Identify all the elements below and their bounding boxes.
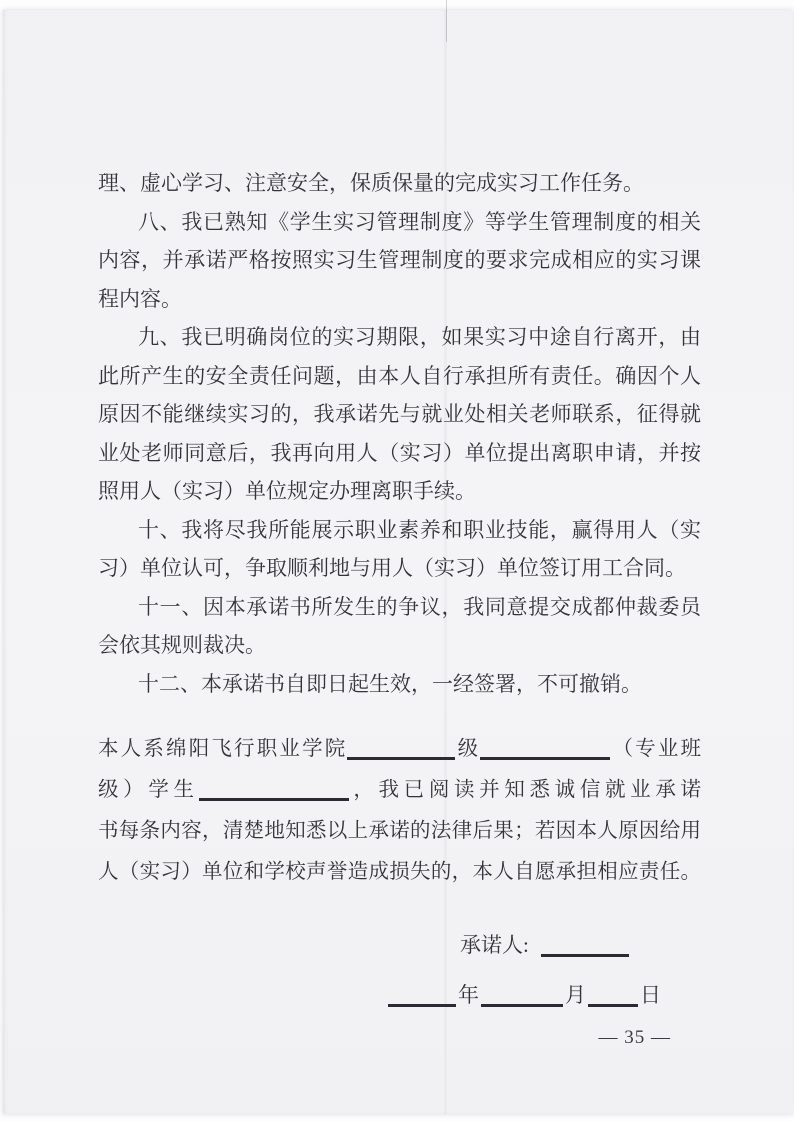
promisor-signature-blank bbox=[541, 953, 629, 957]
declaration-text: 书每条内容，清楚地知悉以上承诺的法律后果；若因本人原因给用 bbox=[98, 820, 701, 842]
promisor-label: 承诺人: bbox=[460, 933, 529, 957]
year-label: 年 bbox=[458, 983, 479, 1007]
month-label: 月 bbox=[565, 983, 586, 1007]
declaration-line-3: 书每条内容，清楚地知悉以上承诺的法律后果；若因本人原因给用 bbox=[98, 811, 701, 852]
declaration-text: 本人系绵阳飞行职业学院 bbox=[98, 738, 347, 760]
day-label: 日 bbox=[640, 983, 661, 1007]
commitment-clauses: 理、虚心学习、注意安全，保质保量的完成实习工作任务。八、我已熟知《学生实习管理制… bbox=[98, 164, 701, 703]
declaration-line-1: 本人系绵阳飞行职业学院级（专业班 bbox=[98, 729, 701, 770]
page-content: 理、虚心学习、注意安全，保质保量的完成实习工作任务。八、我已熟知《学生实习管理制… bbox=[3, 10, 793, 1114]
clause-paragraph-1: 理、虚心学习、注意安全，保质保量的完成实习工作任务。 bbox=[98, 164, 701, 203]
clause-paragraph-3: 九、我已明确岗位的实习期限，如果实习中途自行离开，由此所产生的安全责任问题，由本… bbox=[98, 318, 701, 511]
declaration-text: ，我已阅读并知悉诚信就业承诺 bbox=[349, 779, 701, 801]
student-name-blank bbox=[199, 797, 349, 801]
page-number: — 35 — bbox=[98, 1027, 701, 1049]
page-number-text: — 35 — bbox=[599, 1027, 672, 1048]
signature-block: 承诺人: 年月日 bbox=[98, 925, 701, 1015]
clause-paragraph-5: 十一、因本承诺书所发生的争议，我同意提交成都仲裁委员会依其规则裁决。 bbox=[98, 588, 701, 665]
day-blank bbox=[588, 1003, 638, 1007]
declaration-line-2: 级）学生，我已阅读并知悉诚信就业承诺 bbox=[98, 770, 701, 811]
clause-paragraph-4: 十、我将尽我所能展示职业素养和职业技能，赢得用人（实习）单位认可，争取顺利地与用… bbox=[98, 511, 701, 588]
grade-year-blank bbox=[347, 756, 455, 760]
clause-paragraph-6: 十二、本承诺书自即日起生效，一经签署，不可撤销。 bbox=[98, 665, 701, 704]
month-blank bbox=[481, 1003, 563, 1007]
year-blank bbox=[388, 1003, 456, 1007]
declaration-paragraph: 本人系绵阳飞行职业学院级（专业班级）学生，我已阅读并知悉诚信就业承诺书每条内容，… bbox=[98, 729, 701, 893]
declaration-text: 级）学生 bbox=[98, 779, 199, 801]
declaration-text: （专业班 bbox=[610, 738, 701, 760]
date-row: 年月日 bbox=[386, 975, 701, 1015]
promisor-row: 承诺人: bbox=[460, 925, 701, 965]
class-blank bbox=[480, 756, 610, 760]
declaration-text: 人（实习）单位和学校声誉造成损失的，本人自愿承担相应责任。 bbox=[98, 861, 701, 883]
declaration-text: 级 bbox=[455, 738, 480, 760]
scanned-page: 理、虚心学习、注意安全，保质保量的完成实习工作任务。八、我已熟知《学生实习管理制… bbox=[3, 10, 793, 1114]
declaration-line-4: 人（实习）单位和学校声誉造成损失的，本人自愿承担相应责任。 bbox=[98, 852, 701, 893]
clause-paragraph-2: 八、我已熟知《学生实习管理制度》等学生管理制度的相关内容，并承诺严格按照实习生管… bbox=[98, 203, 701, 319]
